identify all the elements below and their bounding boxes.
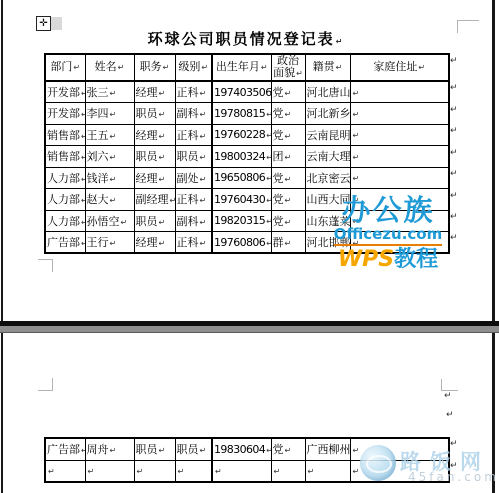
end-of-cell-mark: ↵ — [266, 239, 271, 248]
cell-text: 孙悟空 — [87, 215, 120, 228]
cell-text: 正科 — [177, 236, 199, 249]
cell-text: 籍贯 — [313, 60, 335, 73]
end-of-cell-mark: ↵ — [48, 467, 55, 476]
page-break-gap — [0, 326, 499, 333]
end-of-cell-mark: ↵ — [200, 239, 207, 248]
cell-text: 刘六 — [87, 150, 109, 163]
table-cell[interactable]: 王行↵ — [85, 232, 134, 254]
cell-text: 李四 — [87, 107, 109, 120]
end-of-cell-mark: ↵ — [81, 446, 85, 455]
table-cell[interactable]: 19800324↵ — [212, 146, 271, 168]
cell-text: 云南昆明 — [307, 129, 351, 142]
end-of-row-mark: ↵ — [444, 391, 452, 401]
end-of-cell-mark: ↵ — [353, 446, 360, 455]
cell-text: 党 — [273, 86, 284, 99]
table-cell[interactable]: 销售部↵ — [45, 124, 85, 146]
table-cell[interactable]: 人力部↵ — [45, 167, 85, 189]
table-cell[interactable]: 正科↵ — [175, 189, 212, 211]
table-cell[interactable]: ↵ — [134, 460, 175, 482]
table-cell[interactable]: 职员↵ — [134, 438, 175, 460]
cell-text: 副科 — [177, 107, 199, 120]
cell-text: 19800324 — [214, 150, 265, 163]
cell-text: 赵大 — [87, 193, 109, 206]
table-cell[interactable]: 副处↵ — [175, 167, 212, 189]
end-of-cell-mark: ↵ — [137, 467, 144, 476]
cell-text: 19760228 — [214, 128, 265, 141]
table-cell[interactable]: 广告部↵ — [45, 232, 85, 254]
cell-text: 经理 — [136, 129, 158, 142]
table-cell[interactable]: 职员↵ — [175, 146, 212, 168]
table-row: 销售部↵王五↵经理↵正科↵19760228↵党↵云南昆明↵↵ — [45, 124, 449, 146]
cell-text: 党 — [273, 193, 284, 206]
table-cell[interactable]: 职员↵ — [175, 438, 212, 460]
table-cell[interactable]: 正科↵ — [175, 81, 212, 103]
table-cell[interactable]: ↵ — [212, 460, 271, 482]
end-of-cell-mark: ↵ — [261, 63, 268, 72]
column-header[interactable]: 职务↵ — [134, 54, 175, 81]
cell-text: 党 — [273, 129, 284, 142]
cell-text: 职员 — [136, 107, 158, 120]
table-cell[interactable]: 周舟↵ — [85, 438, 134, 460]
cell-text: 群 — [273, 236, 284, 249]
table-cell[interactable]: 孙悟空↵ — [85, 210, 134, 232]
cell-text: 王行 — [87, 236, 109, 249]
document-window: ✛ 环球公司职员情况登记表↵ 部门↵姓名↵职务↵级别↵出生年月↵政治面貌↵籍贯↵… — [0, 0, 499, 493]
page-right-edge — [492, 0, 495, 493]
table-cell[interactable]: 职员↵ — [134, 210, 175, 232]
cell-text: 云南大理 — [307, 150, 351, 163]
end-of-cell-mark: ↵ — [170, 196, 176, 205]
cell-text: 职员 — [177, 443, 199, 456]
cell-text: 人力部 — [47, 172, 80, 185]
end-of-cell-mark: ↵ — [159, 175, 166, 184]
table-cell[interactable]: 经理↵ — [134, 167, 175, 189]
table-cell[interactable]: 党↵ — [271, 189, 305, 211]
table-cell[interactable]: 19830604↵ — [212, 438, 271, 460]
table-cell[interactable]: ↵ — [350, 124, 449, 146]
end-of-cell-mark: ↵ — [285, 446, 292, 455]
officezu-site-text: Officezu.com — [334, 227, 442, 246]
cell-text: 经理 — [136, 236, 158, 249]
cell-text: 党 — [273, 107, 284, 120]
paragraph-mark: ↵ — [336, 37, 345, 46]
cell-text: 副科 — [177, 215, 199, 228]
end-of-cell-mark: ↵ — [73, 63, 80, 72]
end-of-cell-mark: ↵ — [110, 196, 117, 205]
end-of-cell-mark: ↵ — [81, 196, 85, 205]
table-cell[interactable]: 19760806↵ — [212, 232, 271, 254]
cell-text: 广告部 — [47, 236, 80, 249]
table-cell[interactable]: 销售部↵ — [45, 146, 85, 168]
move-cross-icon: ✛ — [39, 19, 47, 29]
table-cell[interactable]: 经理↵ — [134, 81, 175, 103]
end-of-cell-mark: ↵ — [110, 446, 117, 455]
table-cell[interactable]: 副科↵ — [175, 210, 212, 232]
end-of-cell-mark: ↵ — [353, 131, 360, 140]
table-row: 开发部↵李四↵职员↵副科↵19780815↵党↵河北新乡↵↵ — [45, 103, 449, 125]
column-header[interactable]: 出生年月↵ — [212, 54, 271, 81]
end-of-cell-mark: ↵ — [178, 467, 185, 476]
table-cell[interactable]: 经理↵ — [134, 232, 175, 254]
end-of-cell-mark: ↵ — [285, 196, 292, 205]
table-move-handle[interactable]: ✛ — [36, 16, 51, 31]
end-of-row-mark: ↵ — [450, 148, 458, 158]
table-cell[interactable]: 职员↵ — [134, 146, 175, 168]
table-cell[interactable]: 人力部↵ — [45, 210, 85, 232]
cell-text: 19780815 — [214, 107, 265, 120]
column-header[interactable]: 部门↵ — [45, 54, 85, 81]
cell-text: 张三 — [87, 86, 109, 99]
table-cell[interactable]: ↵ — [45, 460, 85, 482]
end-of-cell-mark: ↵ — [285, 175, 292, 184]
table-cell[interactable]: 党↵ — [271, 438, 305, 460]
table-cell[interactable]: 党↵ — [271, 167, 305, 189]
end-of-cell-mark: ↵ — [285, 110, 292, 119]
end-of-cell-mark: ↵ — [296, 69, 303, 78]
end-of-cell-mark: ↵ — [159, 110, 166, 119]
table-cell[interactable]: 云南昆明↵ — [305, 124, 350, 146]
table-cell[interactable]: 开发部↵ — [45, 81, 85, 103]
end-of-cell-mark: ↵ — [159, 218, 166, 227]
table-row: 销售部↵刘六↵职员↵职员↵19800324↵团↵云南大理↵↵ — [45, 146, 449, 168]
table-cell[interactable]: 群↵ — [271, 232, 305, 254]
table-cell[interactable]: 团↵ — [271, 146, 305, 168]
table-cell[interactable]: ↵ — [350, 81, 449, 103]
end-of-cell-mark: ↵ — [285, 89, 292, 98]
cell-text: 河北新乡 — [307, 107, 351, 120]
table-cell[interactable]: 党↵ — [271, 103, 305, 125]
tutorial-text: 教程 — [394, 247, 438, 272]
cell-text: 周舟 — [87, 443, 109, 456]
table-cell[interactable]: 党↵ — [271, 81, 305, 103]
cell-text: 销售部 — [47, 129, 80, 142]
cell-text: 部门 — [50, 60, 72, 73]
wps-tutorial-text: WPS教程 — [316, 249, 460, 271]
cell-text: 19760430 — [214, 193, 265, 206]
cell-text: 正科 — [177, 86, 199, 99]
end-of-cell-mark: ↵ — [266, 153, 271, 162]
table-cell[interactable]: 党↵ — [271, 124, 305, 146]
table-cell[interactable]: 河北新乡↵ — [305, 103, 350, 125]
end-of-cell-mark: ↵ — [159, 132, 166, 141]
cell-text: 钱洋 — [87, 172, 109, 185]
wps-text: WPS — [338, 247, 394, 272]
end-of-cell-mark: ↵ — [81, 110, 85, 119]
end-of-cell-mark: ↵ — [336, 63, 343, 72]
cell-text: 人力部 — [47, 215, 80, 228]
end-of-cell-mark: ↵ — [81, 218, 85, 227]
end-of-cell-mark: ↵ — [159, 446, 166, 455]
table-cell[interactable]: ↵ — [271, 460, 305, 482]
end-of-cell-mark: ↵ — [285, 132, 292, 141]
cell-text: 副处 — [177, 172, 199, 185]
table-cell[interactable]: ↵ — [350, 146, 449, 168]
cell-text: 人力部 — [47, 193, 80, 206]
table-cell[interactable]: ↵ — [350, 103, 449, 125]
cell-text: 广西柳州 — [307, 443, 351, 456]
end-of-cell-mark: ↵ — [200, 153, 207, 162]
end-of-cell-mark: ↵ — [308, 467, 315, 476]
table-cell[interactable]: 副经理↵ — [134, 189, 175, 211]
end-of-cell-mark: ↵ — [200, 196, 207, 205]
cell-text: 出生年月 — [216, 60, 260, 73]
cell-text: 经理 — [136, 172, 158, 185]
end-of-cell-mark: ↵ — [81, 89, 85, 98]
end-of-cell-mark: ↵ — [418, 63, 425, 72]
cell-text: 开发部 — [47, 86, 80, 99]
cell-text: 19830604 — [214, 443, 265, 456]
end-of-row-mark: ↵ — [450, 126, 458, 136]
column-header[interactable]: 家庭住址↵ — [350, 54, 449, 81]
column-header[interactable]: 级别↵ — [175, 54, 212, 81]
end-of-cell-mark: ↵ — [285, 239, 292, 248]
end-of-cell-mark: ↵ — [266, 174, 271, 183]
end-of-cell-mark: ↵ — [81, 153, 85, 162]
table-cell[interactable]: 李四↵ — [85, 103, 134, 125]
end-of-cell-mark: ↵ — [266, 196, 271, 205]
cell-text: 19820315 — [214, 214, 265, 227]
cell-text: 副经理 — [136, 193, 169, 206]
end-of-cell-mark: ↵ — [266, 131, 271, 140]
table-cell[interactable]: 王五↵ — [85, 124, 134, 146]
officezu-logo: 办公族 — [316, 196, 460, 225]
table-cell[interactable]: 人力部↵ — [45, 189, 85, 211]
table-cell[interactable]: 刘六↵ — [85, 146, 134, 168]
page-left-edge — [1, 0, 3, 493]
table-cell[interactable]: 19780815↵ — [212, 103, 271, 125]
end-of-cell-mark: ↵ — [200, 132, 207, 141]
document-title[interactable]: 环球公司职员情况登记表↵ — [44, 28, 448, 49]
cell-text: 经理 — [136, 86, 158, 99]
table-cell[interactable]: 197403506↵ — [212, 81, 271, 103]
title-text: 环球公司职员情况登记表 — [148, 30, 335, 48]
end-of-cell-mark: ↵ — [110, 132, 117, 141]
lufan-site-text: 45fan.com — [408, 470, 499, 484]
officezu-watermark: 办公族 Officezu.com WPS教程 — [316, 196, 460, 271]
table-cell[interactable]: 19760228↵ — [212, 124, 271, 146]
cell-text: 河北唐山 — [307, 86, 351, 99]
cell-text: 职员 — [177, 150, 199, 163]
cell-text: 职员 — [136, 443, 158, 456]
table-cell[interactable]: 19760430↵ — [212, 189, 271, 211]
margin-mark-page2-top-left — [38, 378, 53, 391]
table-cell[interactable]: 19650806↵ — [212, 167, 271, 189]
cell-text: 家庭住址 — [373, 60, 417, 73]
end-of-cell-mark: ↵ — [266, 217, 271, 226]
end-of-cell-mark: ↵ — [159, 89, 166, 98]
end-of-cell-mark: ↵ — [159, 239, 166, 248]
end-of-row-mark: ↵ — [450, 169, 458, 179]
end-of-cell-mark: ↵ — [81, 175, 85, 184]
end-of-cell-mark: ↵ — [118, 63, 125, 72]
table-cell[interactable]: 张三↵ — [85, 81, 134, 103]
column-header[interactable]: 政治面貌↵ — [271, 54, 305, 81]
end-of-cell-mark: ↵ — [285, 153, 292, 162]
end-of-cell-mark: ↵ — [81, 239, 85, 248]
end-of-row-mark: ↵ — [450, 83, 458, 93]
table-cell[interactable]: 经理↵ — [134, 124, 175, 146]
end-of-cell-mark: ↵ — [353, 174, 360, 183]
end-of-cell-mark: ↵ — [88, 467, 95, 476]
end-of-cell-mark: ↵ — [353, 467, 360, 476]
table-cell[interactable]: 职员↵ — [134, 103, 175, 125]
end-of-cell-mark: ↵ — [110, 110, 117, 119]
cell-text: 19650806 — [214, 171, 265, 184]
cell-text: 党 — [273, 172, 284, 185]
end-of-cell-mark: ↵ — [110, 239, 117, 248]
end-of-cell-mark: ↵ — [285, 218, 292, 227]
cell-text: 团 — [273, 150, 284, 163]
cell-text: 职务 — [140, 60, 162, 73]
table-cell[interactable]: ↵ — [85, 460, 134, 482]
table-cell[interactable]: 广告部↵ — [45, 438, 85, 460]
table-cell[interactable]: 广西柳州↵ — [305, 438, 350, 460]
end-of-cell-mark: ↵ — [200, 175, 207, 184]
end-of-cell-mark: ↵ — [110, 175, 117, 184]
end-of-cell-mark: ↵ — [163, 63, 170, 72]
cell-text: 销售部 — [47, 150, 80, 163]
end-of-row-mark: ↵ — [450, 56, 458, 66]
end-of-row-mark: ↵ — [450, 105, 458, 115]
table-cell[interactable]: 云南大理↵ — [305, 146, 350, 168]
cell-text: 广告部 — [47, 443, 80, 456]
cell-text: 开发部 — [47, 107, 80, 120]
cell-text: 北京密云 — [307, 172, 351, 185]
end-of-cell-mark: ↵ — [274, 467, 281, 476]
end-of-cell-mark: ↵ — [200, 89, 207, 98]
end-of-cell-mark: ↵ — [200, 218, 207, 227]
table-row: 开发部↵张三↵经理↵正科↵197403506↵党↵河北唐山↵↵ — [45, 81, 449, 103]
cell-text: 职员 — [136, 215, 158, 228]
table-cell[interactable]: 河北唐山↵ — [305, 81, 350, 103]
end-of-cell-mark: ↵ — [200, 110, 207, 119]
end-of-cell-mark: ↵ — [353, 153, 360, 162]
cell-text: 197403506 — [214, 86, 271, 99]
cell-text: 姓名 — [95, 60, 117, 73]
cell-text: 职员 — [136, 150, 158, 163]
table-row: 人力部↵钱洋↵经理↵副处↵19650806↵党↵北京密云↵↵ — [45, 167, 449, 189]
column-header[interactable]: 姓名↵ — [85, 54, 134, 81]
cell-text: 正科 — [177, 129, 199, 142]
table-cell[interactable]: 党↵ — [271, 210, 305, 232]
end-of-cell-mark: ↵ — [159, 153, 166, 162]
cell-text: 党 — [273, 443, 284, 456]
end-of-cell-mark: ↵ — [201, 63, 208, 72]
table-cell[interactable]: 北京密云↵ — [305, 167, 350, 189]
table-cell[interactable]: 副科↵ — [175, 103, 212, 125]
end-of-cell-mark: ↵ — [121, 218, 128, 227]
margin-mark-top-right — [457, 20, 479, 33]
globe-icon — [360, 445, 396, 481]
end-of-cell-mark: ↵ — [353, 89, 360, 98]
end-of-cell-mark: ↵ — [81, 132, 85, 141]
table-cell[interactable]: 开发部↵ — [45, 103, 85, 125]
end-of-cell-mark: ↵ — [215, 467, 221, 476]
end-of-cell-mark: ↵ — [266, 110, 271, 119]
end-of-row-mark: ↵ — [446, 410, 454, 420]
cell-text: 级别 — [178, 60, 200, 73]
table-cell[interactable]: 正科↵ — [175, 232, 212, 254]
table-cell[interactable]: ↵ — [175, 460, 212, 482]
table-cell[interactable]: 正科↵ — [175, 124, 212, 146]
cell-text: 正科 — [177, 193, 199, 206]
table-cell[interactable]: 赵大↵ — [85, 189, 134, 211]
cell-text: 党 — [273, 215, 284, 228]
end-of-cell-mark: ↵ — [353, 110, 360, 119]
end-of-cell-mark: ↵ — [200, 446, 207, 455]
cell-text: 王五 — [87, 129, 109, 142]
cell-text: 19760806 — [214, 236, 265, 249]
margin-mark-page2-top-right — [441, 379, 458, 391]
end-of-cell-mark: ↵ — [266, 446, 271, 455]
end-of-cell-mark: ↵ — [110, 89, 117, 98]
column-header[interactable]: 籍贯↵ — [305, 54, 350, 81]
table-cell[interactable]: 19820315↵ — [212, 210, 271, 232]
table-cell[interactable]: 钱洋↵ — [85, 167, 134, 189]
header-row: 部门↵姓名↵职务↵级别↵出生年月↵政治面貌↵籍贯↵家庭住址↵ — [45, 54, 449, 81]
table-cell[interactable]: ↵ — [350, 167, 449, 189]
end-of-cell-mark: ↵ — [110, 153, 117, 162]
table-cell[interactable]: ↵ — [305, 460, 350, 482]
margin-mark-bottom-left — [38, 259, 53, 272]
